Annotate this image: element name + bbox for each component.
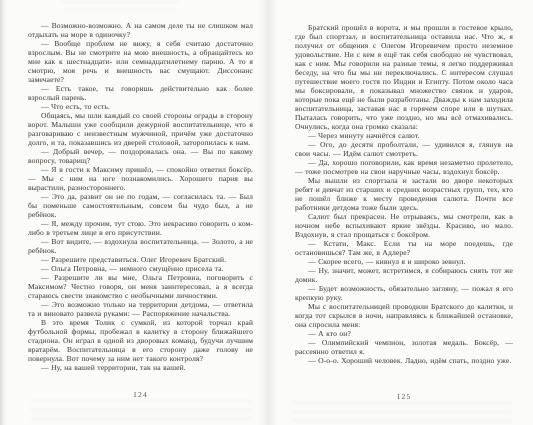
paragraph: Салют был прекрасен. Не отрываясь, мы см… bbox=[295, 212, 513, 239]
left-page-text: — Возможно-возможно. А на самом деле ты … bbox=[28, 21, 253, 372]
paragraph: Общаясь, мы шли каждый со своей стороны … bbox=[28, 111, 253, 147]
right-page-text: Братский прошёл в ворота, и мы прошли в … bbox=[295, 23, 513, 365]
paragraph: — Добрый вечер, — поздоровалась она. — В… bbox=[28, 147, 253, 165]
paragraph: Мы вышли из спортзала и застали во дворе… bbox=[295, 176, 513, 212]
paragraph: — Вообще проблем не вижу, я себя считаю … bbox=[28, 39, 253, 84]
paragraph: Мы с воспитательницей проводили Братског… bbox=[295, 302, 513, 329]
paragraph: — Ого, до десяти проболтали, — удивился … bbox=[295, 140, 513, 158]
paragraph: В это время Толик с сумкой, из которой т… bbox=[28, 318, 253, 363]
paragraph: — Что есть, то есть. bbox=[28, 102, 253, 111]
paragraph: — Разрешите представиться. Олег Игоревич… bbox=[28, 255, 253, 264]
paragraph: — Кстати, Макс. Если ты на море поедешь,… bbox=[295, 239, 513, 257]
paragraph: — О-о-о. Хороший человек. Ладно, идём сп… bbox=[295, 356, 513, 365]
paragraph: Братский прошёл в ворота, и мы прошли в … bbox=[295, 23, 513, 131]
left-page-number: 124 bbox=[28, 390, 253, 399]
paragraph: — Есть такое, ты говоришь действительно … bbox=[28, 84, 253, 102]
gutter-shadow bbox=[256, 0, 278, 425]
right-page-number: 125 bbox=[295, 392, 513, 401]
page-edge-shadow bbox=[0, 0, 7, 425]
paragraph: — Ну, на вашей территории, так на вашей. bbox=[28, 363, 253, 372]
paragraph: — Да, хорошо поговорили, как время незам… bbox=[295, 158, 513, 176]
paragraph: — Ну, значит, может, встретимся, я собир… bbox=[295, 266, 513, 284]
paragraph: — Разрешите ли вы мне, Ольга Петровна, п… bbox=[28, 273, 253, 300]
paragraph: — А кто он? bbox=[295, 329, 513, 338]
book-spread: — Возможно-возможно. А на самом деле ты … bbox=[0, 0, 533, 425]
paragraph: — Я в гости к Максиму пришёл, — спокойно… bbox=[28, 165, 253, 192]
paragraph: — Возможно-возможно. А на самом деле ты … bbox=[28, 21, 253, 39]
paragraph: — Ольга Петровна, — немного смущённо при… bbox=[28, 264, 253, 273]
show-through-smudge bbox=[292, 402, 512, 423]
paragraph: — Олимпийский чемпион, золотая медаль. Б… bbox=[295, 338, 513, 356]
paragraph: — Вот видите, — вздохнула воспитательниц… bbox=[28, 237, 253, 255]
paragraph: — Я, между прочим, тут стою. Это некраси… bbox=[28, 219, 253, 237]
paragraph: — Будет возможность, обязательно загляну… bbox=[295, 284, 513, 302]
paragraph: — Скорее всего, — кивнул я и широко зевн… bbox=[295, 257, 513, 266]
show-through-smudge bbox=[60, 1, 180, 11]
paragraph: — Это возможно только на территории детд… bbox=[28, 300, 253, 318]
show-through-smudge bbox=[30, 400, 252, 422]
paragraph: — Это да, развит он не по годам, — согла… bbox=[28, 192, 253, 219]
paragraph: — Через минуту начнётся салют. bbox=[295, 131, 513, 140]
